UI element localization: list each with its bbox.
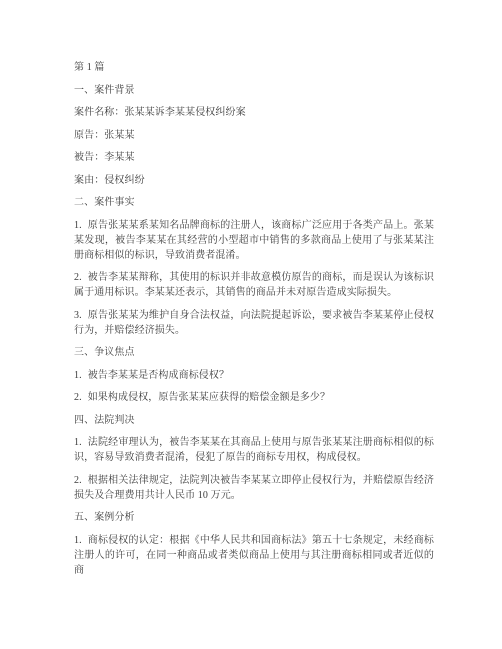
section-heading: 三、争议焦点 — [74, 345, 434, 360]
paragraph: 2.如果构成侵权，原告张某某应获得的赔偿金额是多少？ — [74, 390, 434, 405]
list-number: 1. — [74, 435, 82, 450]
paragraph: 2.根据相关法律规定，法院判决被告李某某立即停止侵权行为，并赔偿原告经济损失及合… — [74, 473, 434, 503]
paragraph-text: 根据相关法律规定，法院判决被告李某某立即停止侵权行为，并赔偿原告经济损失及合理费… — [74, 475, 434, 501]
paragraph-text: 法院经审理认为，被告李某某在其商品上使用与原告张某某注册商标相似的标识，容易导致… — [74, 437, 434, 463]
list-number: 1. — [74, 368, 82, 383]
list-number: 1. — [74, 218, 82, 233]
section-heading: 五、案例分析 — [74, 510, 434, 525]
paragraph-text: 商标侵权的认定：根据《中华人民共和国商标法》第五十七条规定，未经商标注册人的许可… — [74, 535, 434, 576]
paragraph: 原告：张某某 — [74, 128, 434, 143]
paragraph-text: 原告张某某为维护自身合法权益，向法院提起诉讼，要求被告李某某停止侵权行为，并赔偿… — [74, 310, 434, 336]
paragraph: 被告：李某某 — [74, 150, 434, 165]
list-number: 3. — [74, 308, 82, 323]
paragraph-text: 原告张某某系某知名品牌商标的注册人，该商标广泛应用于各类产品上。张某某发现，被告… — [74, 220, 434, 261]
section-heading: 四、法院判决 — [74, 413, 434, 428]
paragraph: 1.原告张某某系某知名品牌商标的注册人，该商标广泛应用于各类产品上。张某某发现，… — [74, 218, 434, 263]
paragraph: 2.被告李某某辩称，其使用的标识并非故意模仿原告的商标，而是误认为该标识属于通用… — [74, 270, 434, 300]
paragraph: 1.被告李某某是否构成商标侵权？ — [74, 368, 434, 383]
paragraph: 案件名称：张某某诉李某某侵权纠纷案 — [74, 105, 434, 120]
list-number: 2. — [74, 473, 82, 488]
paragraph: 案由：侵权纠纷 — [74, 173, 434, 188]
paragraph-text: 案件名称：张某某诉李某某侵权纠纷案 — [74, 107, 246, 118]
section-heading: 一、案件背景 — [74, 83, 434, 98]
paragraph: 3.原告张某某为维护自身合法权益，向法院提起诉讼，要求被告李某某停止侵权行为，并… — [74, 308, 434, 338]
list-number: 2. — [74, 270, 82, 285]
document-sections: 一、案件背景案件名称：张某某诉李某某侵权纠纷案原告：张某某被告：李某某案由：侵权… — [74, 83, 434, 578]
section-heading: 二、案件事实 — [74, 195, 434, 210]
list-number: 1. — [74, 533, 82, 548]
paragraph-text: 被告：李某某 — [74, 152, 135, 163]
paragraph-text: 被告李某某是否构成商标侵权？ — [88, 370, 229, 381]
document-page: 第 1 篇 一、案件背景案件名称：张某某诉李某某侵权纠纷案原告：张某某被告：李某… — [0, 0, 502, 649]
paragraph-text: 案由：侵权纠纷 — [74, 175, 145, 186]
paragraph: 1.商标侵权的认定：根据《中华人民共和国商标法》第五十七条规定，未经商标注册人的… — [74, 533, 434, 578]
paragraph-text: 如果构成侵权，原告张某某应获得的赔偿金额是多少？ — [88, 392, 330, 403]
paragraph: 1.法院经审理认为，被告李某某在其商品上使用与原告张某某注册商标相似的标识，容易… — [74, 435, 434, 465]
paragraph-text: 原告：张某某 — [74, 130, 135, 141]
part-title: 第 1 篇 — [74, 60, 434, 75]
paragraph-text: 被告李某某辩称，其使用的标识并非故意模仿原告的商标，而是误认为该标识属于通用标识… — [74, 272, 434, 298]
list-number: 2. — [74, 390, 82, 405]
